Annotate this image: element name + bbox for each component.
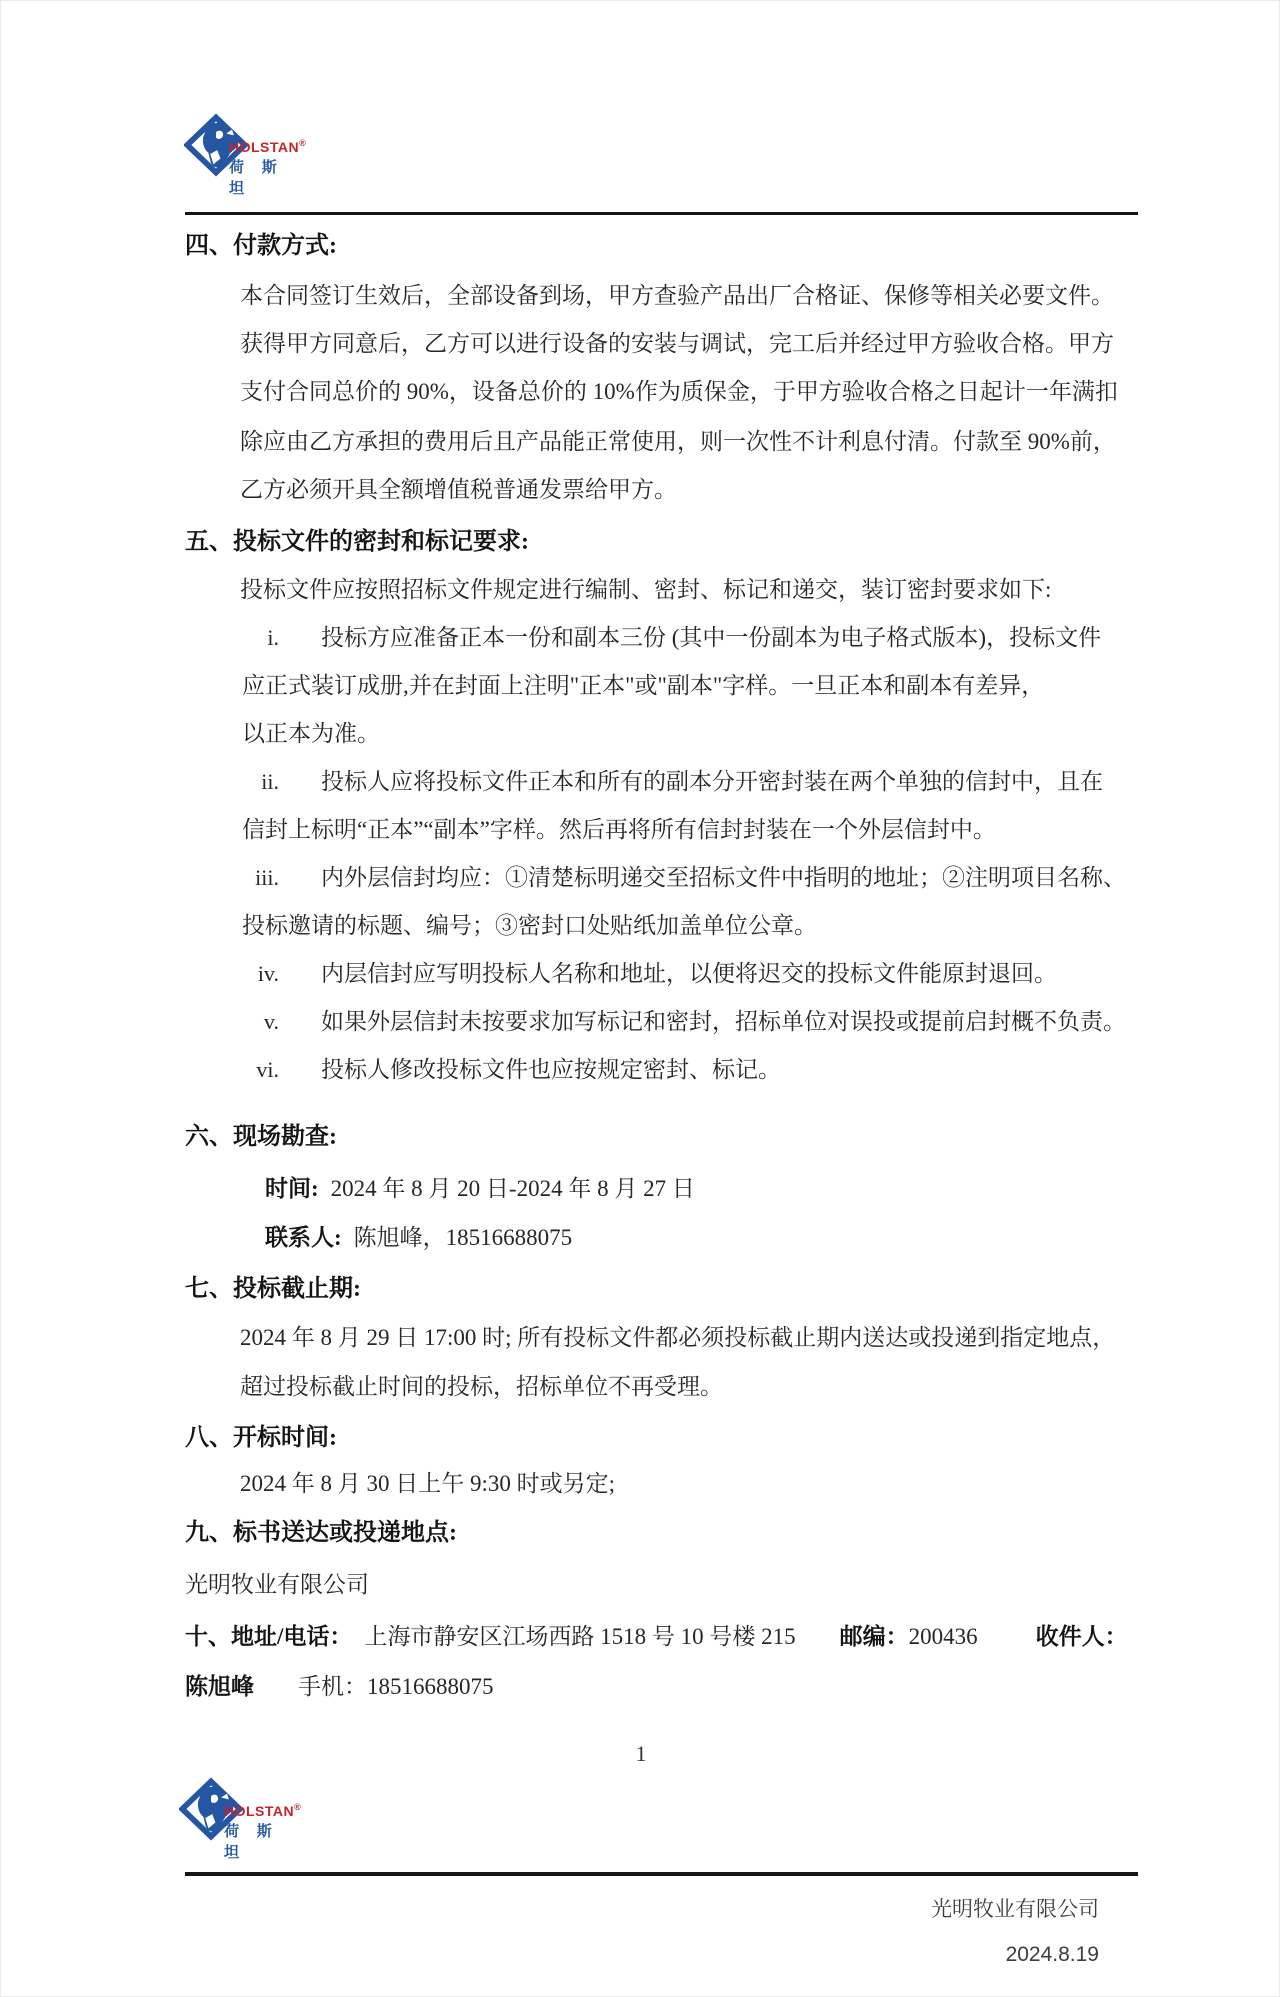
- paragraph-line: 获得甲方同意后，乙方可以进行设备的安装与调试，完工后并经过甲方验收合格。甲方: [240, 328, 1114, 360]
- address-value: 上海市静安区江场西路 1518 号 10 号楼 215: [364, 1624, 795, 1649]
- list-item-line: 投标人应将投标文件正本和所有的副本分开密封装在两个单独的信封中，且在: [321, 766, 1103, 798]
- postal-value: 200436: [909, 1624, 978, 1649]
- registered-mark: ®: [299, 138, 306, 148]
- paragraph-line: 除应由乙方承担的费用后且产品能正常使用，则一次性不计利息付清。付款至 90%前，: [240, 426, 1116, 458]
- footer-date: 2024.8.19: [1006, 1943, 1099, 1967]
- header-divider-rule: [185, 212, 1138, 215]
- footer-company: 光明牧业有限公司: [931, 1893, 1099, 1923]
- brand-cn-text: 荷 斯 坦: [229, 156, 309, 198]
- list-item-line: 信封上标明“正本”“副本”字样。然后再将所有信封封装在一个外层信封中。: [242, 814, 996, 846]
- field-row: 时间:2024 年 8 月 20 日-2024 年 8 月 27 日: [265, 1173, 695, 1205]
- list-item-line: 内外层信封均应：①清楚标明递交至招标文件中指明的地址；②注明项目名称、: [321, 862, 1126, 894]
- paragraph-line: 乙方必须开具全额增值税普通发票给甲方。: [240, 474, 677, 506]
- section-heading: 六、现场勘查:: [185, 1121, 337, 1153]
- list-marker: iv.: [245, 958, 279, 990]
- section-heading: 五、投标文件的密封和标记要求:: [185, 526, 529, 558]
- section-heading: 七、投标截止期:: [185, 1273, 361, 1305]
- paragraph-line: 2024 年 8 月 29 日 17:00 时; 所有投标文件都必须投标截止期内…: [240, 1322, 1115, 1354]
- page-number: 1: [1, 1741, 1280, 1767]
- holstan-logo-footer: HOLSTAN® 荷 斯 坦: [179, 1777, 304, 1849]
- brand-text: HOLSTAN®: [229, 138, 306, 155]
- field-label: 时间:: [265, 1176, 319, 1201]
- paragraph-line: 本合同签订生效后，全部设备到场，甲方查验产品出厂合格证、保修等相关必要文件。: [240, 280, 1114, 312]
- field-row: 联系人:陈旭峰，18516688075: [265, 1222, 572, 1254]
- field-label: 联系人:: [265, 1225, 342, 1250]
- phone-value: 18516688075: [367, 1674, 494, 1699]
- field-value: 2024 年 8 月 20 日-2024 年 8 月 27 日: [331, 1176, 695, 1201]
- list-item-line: 如果外层信封未按要求加写标记和密封，招标单位对误投或提前启封概不负责。: [321, 1006, 1126, 1038]
- contact-row: 陈旭峰手机：18516688075: [185, 1671, 494, 1703]
- section-heading: 四、付款方式:: [185, 230, 337, 262]
- paragraph-line: 2024 年 8 月 30 日上午 9:30 时或另定;: [240, 1468, 615, 1500]
- paragraph-line: 超过投标截止时间的投标，招标单位不再受理。: [240, 1371, 723, 1403]
- list-marker: iii.: [245, 862, 279, 894]
- contact-name: 陈旭峰: [185, 1674, 254, 1699]
- list-item-line: 以正本为准。: [242, 718, 380, 750]
- paragraph-line: 支付合同总价的 90%，设备总价的 10%作为质保金，于甲方验收合格之日起计一年…: [240, 376, 1118, 408]
- brand-text: HOLSTAN®: [224, 1802, 301, 1819]
- section-heading: 八、开标时间:: [185, 1422, 337, 1454]
- phone-label: 手机：: [298, 1674, 367, 1699]
- recipient-label: 收件人：: [1036, 1624, 1128, 1649]
- footer-divider-rule: [185, 1872, 1138, 1876]
- list-item-line: 投标人修改投标文件也应按规定密封、标记。: [321, 1054, 781, 1086]
- list-item-line: 投标方应准备正本一份和副本三份 (其中一份副本为电子格式版本)，投标文件: [321, 622, 1101, 654]
- company-name: 光明牧业有限公司: [185, 1569, 369, 1601]
- address-row: 十、地址/电话：上海市静安区江场西路 1518 号 10 号楼 215邮编：20…: [185, 1621, 1128, 1653]
- list-item-line: 投标邀请的标题、编号；③密封口处贴纸加盖单位公章。: [242, 910, 817, 942]
- holstan-logo: HOLSTAN® 荷 斯 坦: [184, 113, 309, 185]
- section-heading: 九、标书送达或投递地点:: [185, 1517, 457, 1549]
- list-marker: i.: [245, 622, 279, 654]
- list-marker: v.: [245, 1006, 279, 1038]
- brand-cn-text: 荷 斯 坦: [224, 1820, 304, 1862]
- field-value: 陈旭峰，18516688075: [354, 1225, 573, 1250]
- postal-label: 邮编：: [840, 1624, 909, 1649]
- list-marker: vi.: [245, 1054, 279, 1086]
- paragraph-line: 投标文件应按照招标文件规定进行编制、密封、标记和递交，装订密封要求如下:: [240, 574, 1051, 606]
- list-marker: ii.: [245, 766, 279, 798]
- list-item-line: 内层信封应写明投标人名称和地址，以便将迟交的投标文件能原封退回。: [321, 958, 1057, 990]
- document-page: HOLSTAN® 荷 斯 坦 四、付款方式: 本合同签订生效后，全部设备到场，甲…: [0, 0, 1280, 1997]
- registered-mark: ®: [294, 1802, 301, 1812]
- list-item-line: 应正式装订成册,并在封面上注明"正本"或"副本"字样。一旦正本和副本有差异，: [242, 670, 1044, 702]
- section-heading: 十、地址/电话：: [185, 1624, 352, 1649]
